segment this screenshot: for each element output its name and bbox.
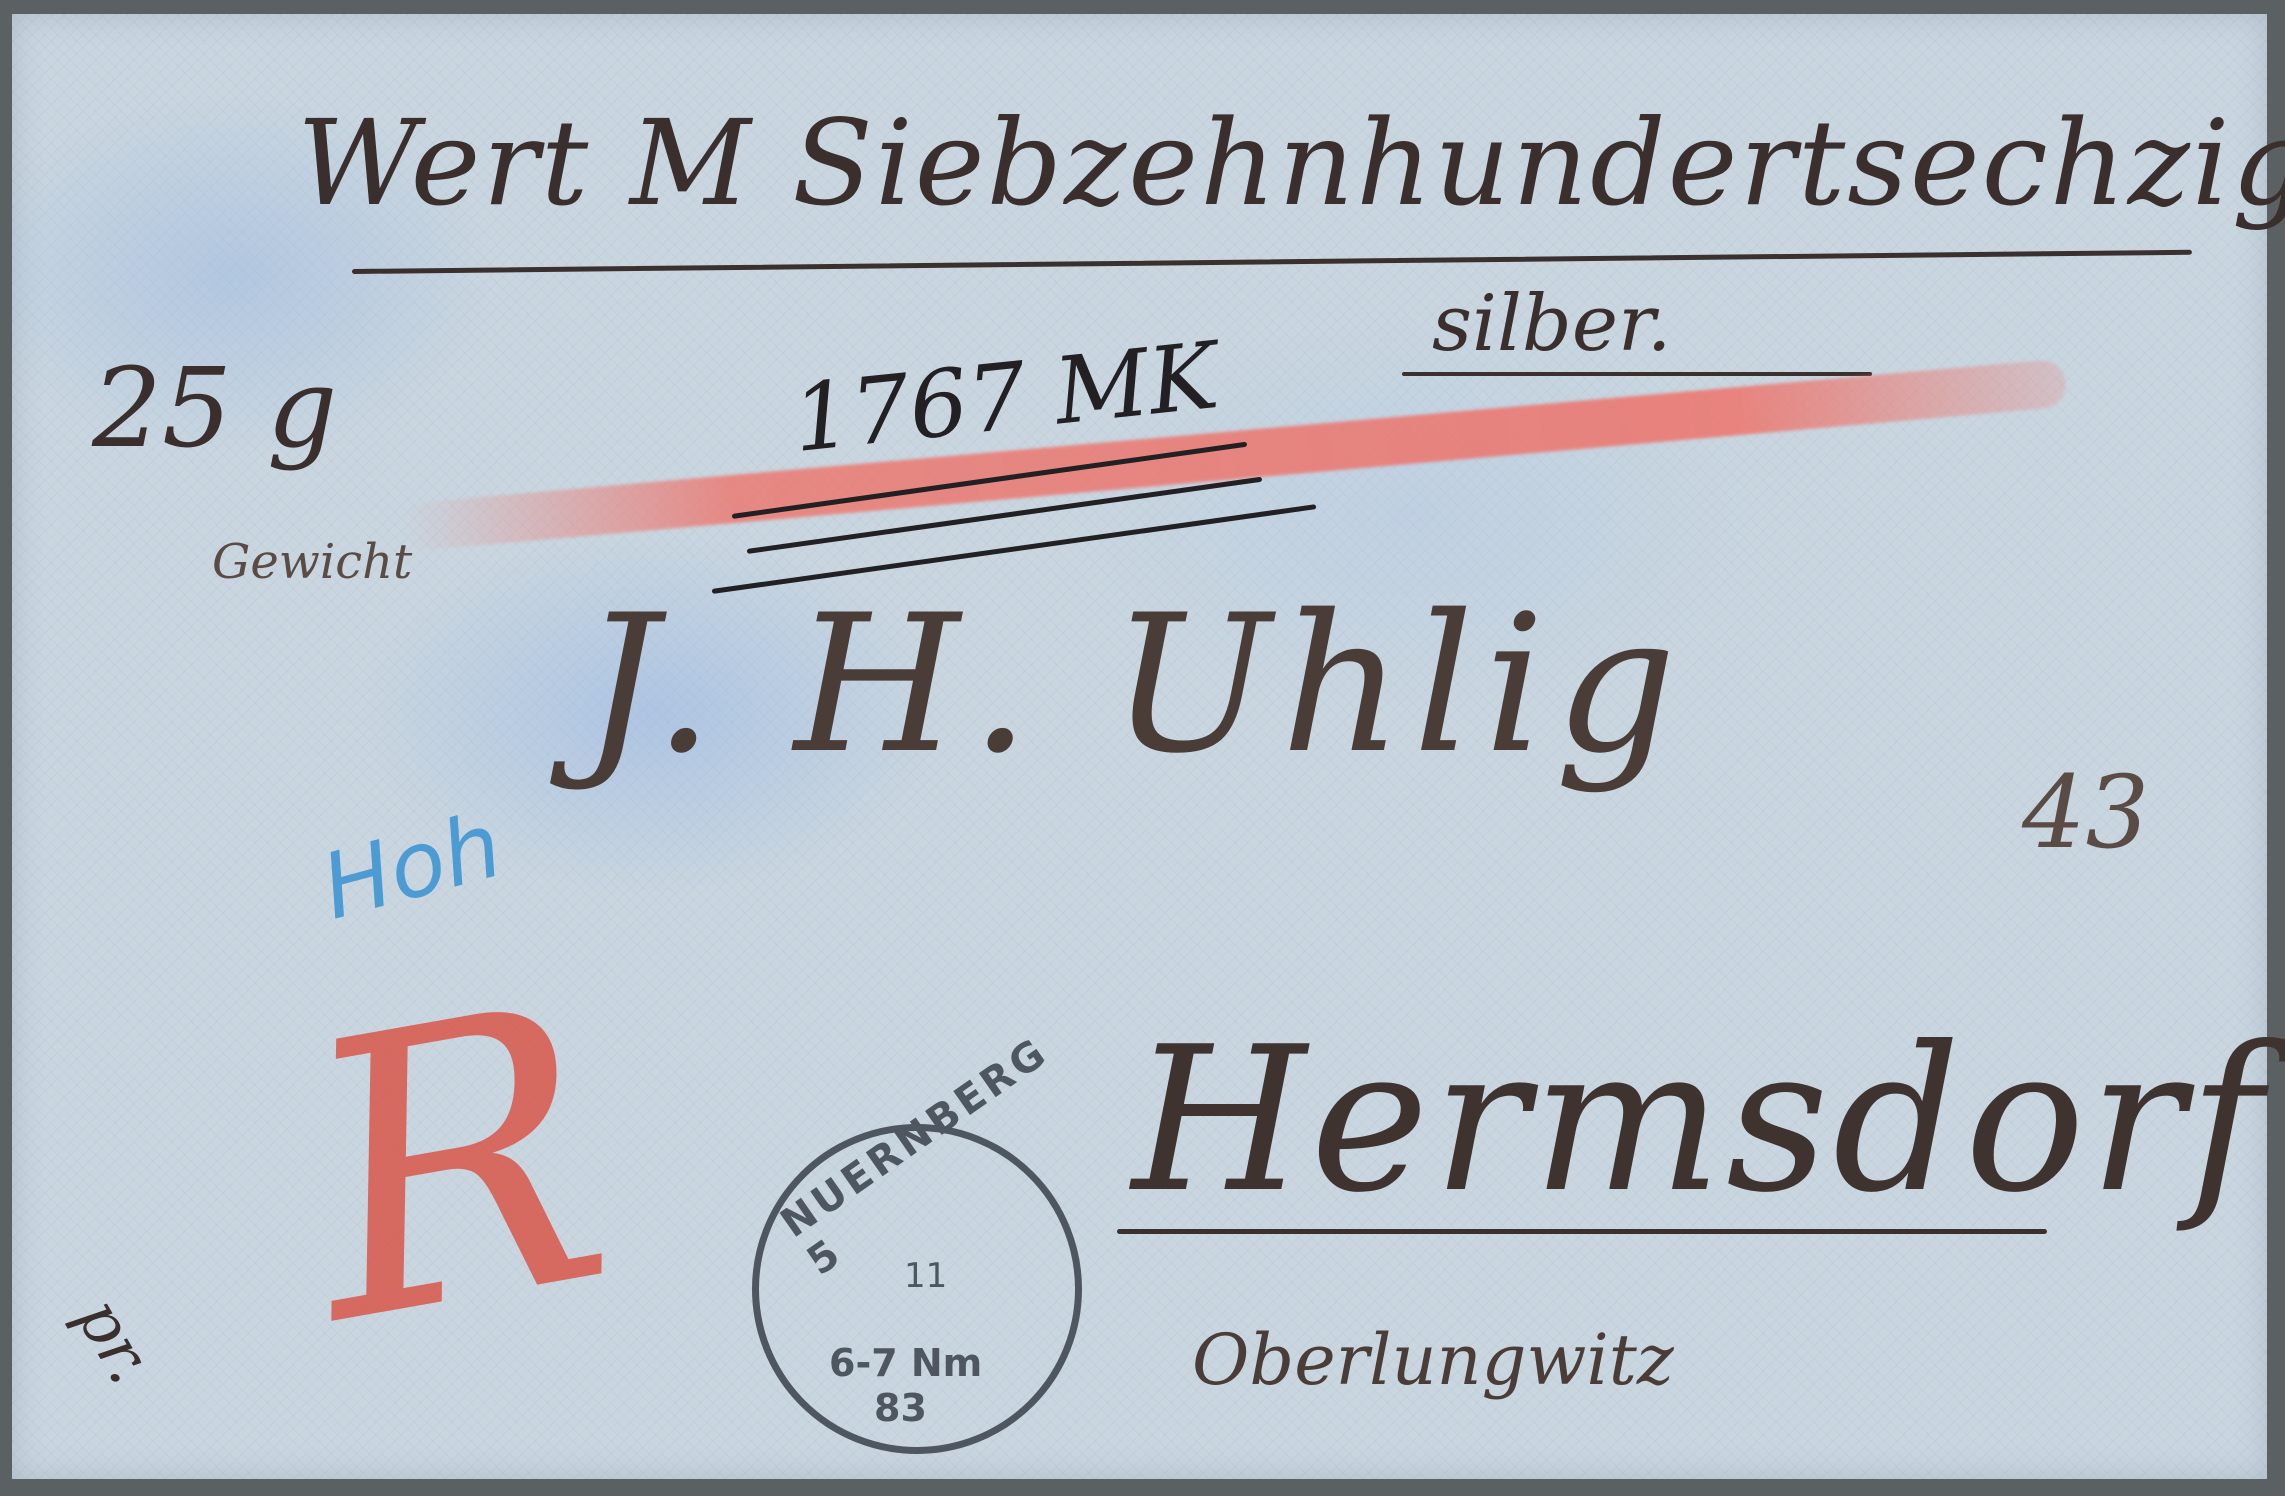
value-underline <box>352 250 2192 274</box>
value-declaration-silver: silber. <box>1432 279 1672 369</box>
district-name: Oberlungwitz <box>1192 1319 1674 1401</box>
red-crayon-mark: R <box>276 923 635 1409</box>
weight-note: 25 g <box>92 344 337 472</box>
envelope: Wert M Siebzehnhundertsechzig silber. 17… <box>12 14 2267 1479</box>
postmark-day: 11 <box>904 1256 947 1296</box>
postmark-year: 83 <box>874 1386 927 1430</box>
origin-note: Gewicht <box>212 534 412 590</box>
value-declaration: Wert M Siebzehnhundertsechzig <box>297 94 2285 232</box>
house-number: 43 <box>2022 754 2149 871</box>
postmark-time: 6-7 Nm <box>829 1341 982 1385</box>
blue-pencil-note: Hoh <box>311 793 512 941</box>
postmark-nuernberg: NUERNBERG 5 11 6-7 Nm 83 <box>752 1124 1082 1454</box>
city-underline <box>1117 1229 2047 1234</box>
silver-underline <box>1402 372 1872 376</box>
addressee-name: J. H. Uhlig <box>582 574 1686 795</box>
corner-note: pr. <box>61 1286 168 1397</box>
postmark-town: NUERNBERG 5 <box>773 1029 1084 1285</box>
red-crayon-strike <box>400 359 2068 552</box>
destination-city: Hermsdorf <box>1132 1004 2267 1237</box>
